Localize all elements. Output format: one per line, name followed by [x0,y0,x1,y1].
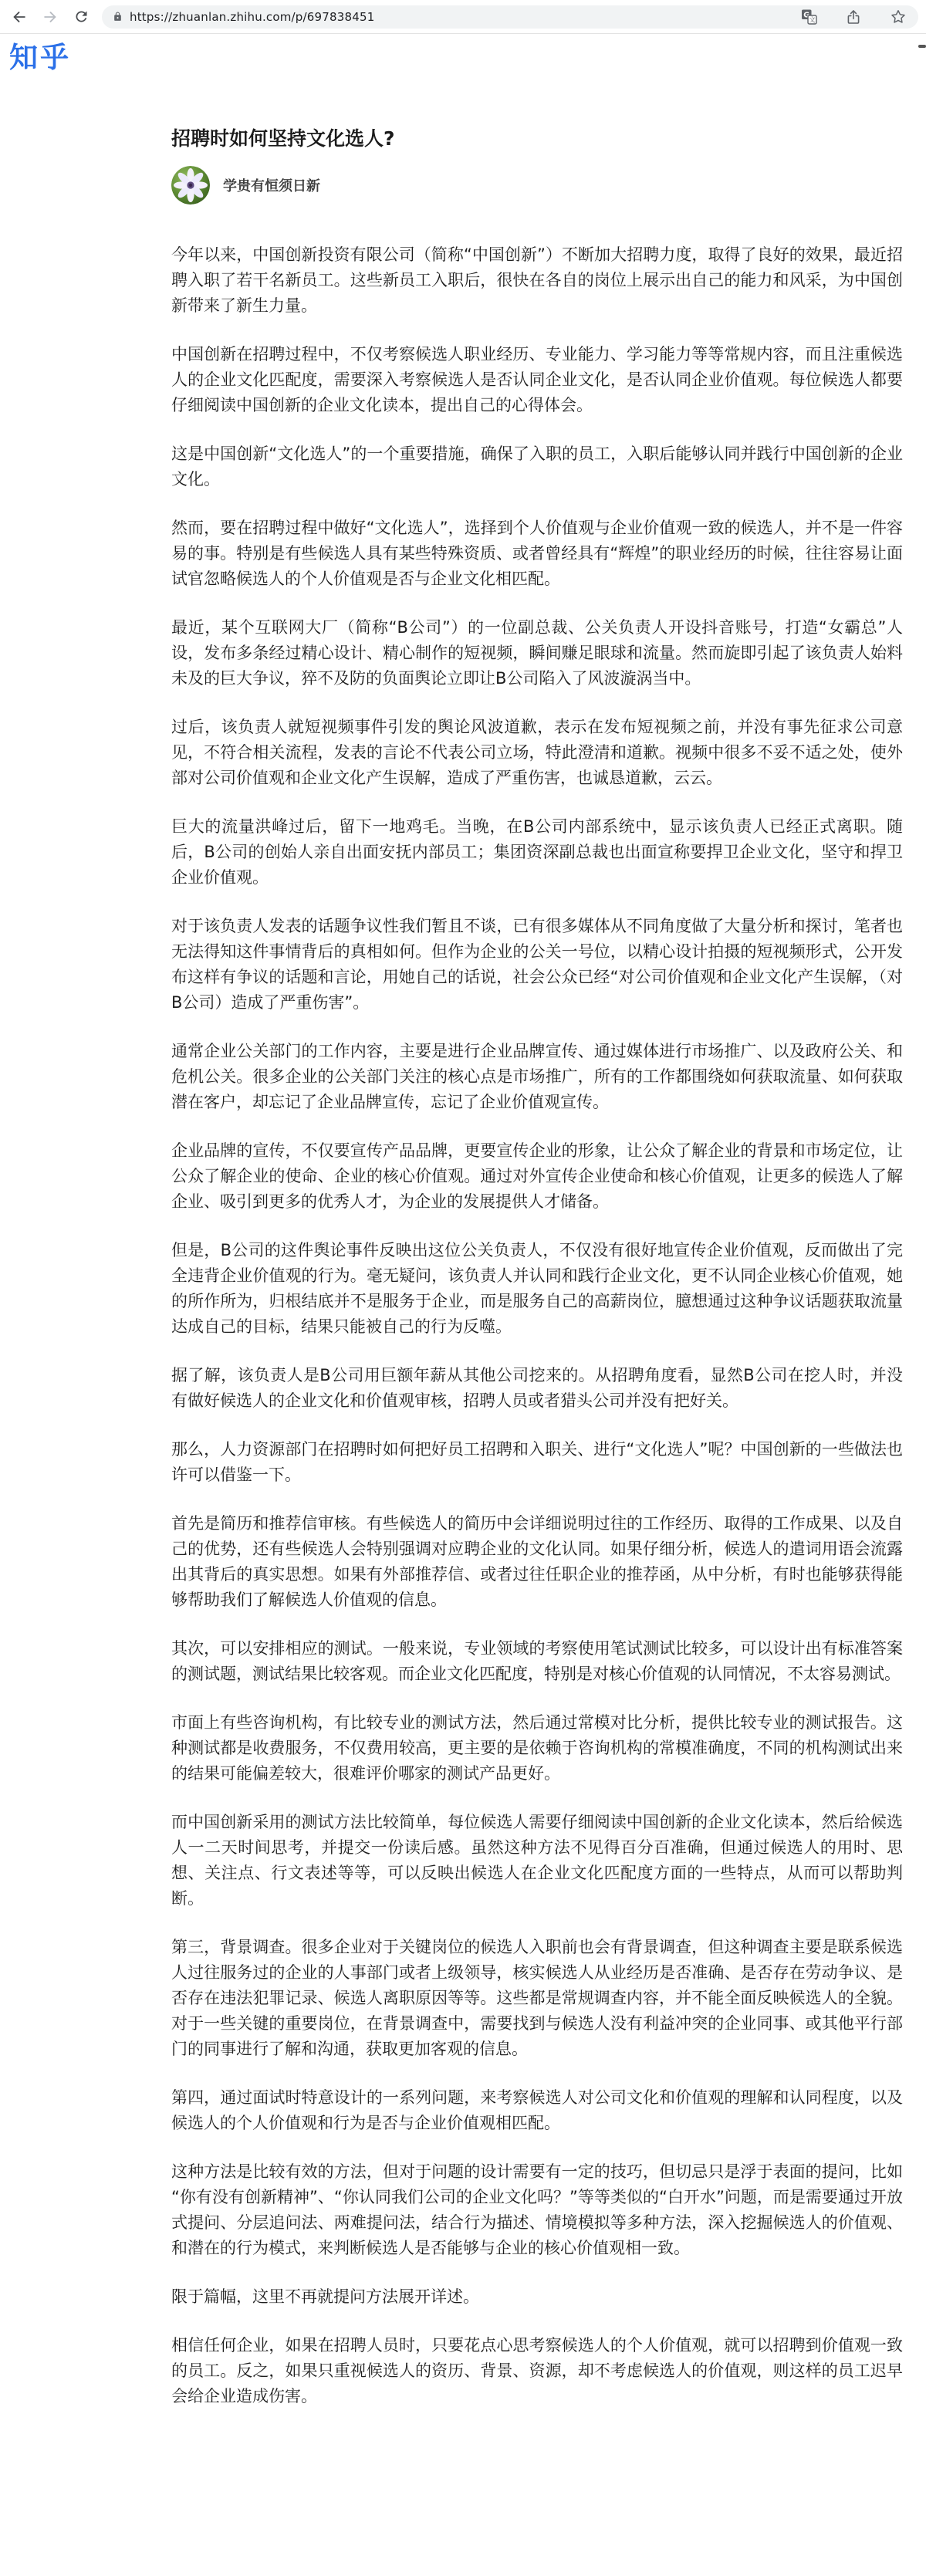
page-content: 知乎 招聘时如何坚持文化选人? [0,34,926,2409]
reload-button[interactable] [68,4,94,30]
zhihu-logo[interactable]: 知乎 [9,43,71,72]
article-paragraph: 今年以来，中国创新投资有限公司（简称“中国创新”）不断加大招聘力度，取得了良好的… [171,242,903,319]
article-paragraph: 通常企业公关部门的工作内容，主要是进行企业品牌宣传、通过媒体进行市场推广、以及政… [171,1039,903,1115]
article-paragraph: 然而，要在招聘过程中做好“文化选人”，选择到个人价值观与企业价值观一致的候选人，… [171,516,903,592]
avatar[interactable] [171,166,210,205]
browser-toolbar: https://zhuanlan.zhihu.com/p/697838451 G… [0,0,926,34]
translate-icon: G 文 [801,8,817,25]
article-paragraph: 市面上有些咨询机构，有比较专业的测试方法，然后通过常模对比分析，提供比较专业的测… [171,1710,903,1787]
back-button[interactable] [6,4,32,30]
star-outline-icon [891,9,906,25]
author-row: 学贵有恒须日新 [171,166,903,205]
svg-text:文: 文 [809,16,816,25]
bookmark-button[interactable] [889,8,907,26]
share-button[interactable] [844,8,863,26]
article-paragraph: 首先是简历和推荐信审核。有些候选人的简历中会详细说明过往的工作经历、取得的工作成… [171,1511,903,1613]
article-paragraph: 巨大的流量洪峰过后，留下一地鸡毛。当晚，在B公司内部系统中，显示该负责人已经正式… [171,814,903,891]
article-paragraph: 那么，人力资源部门在招聘时如何把好员工招聘和入职关、进行“文化选人”呢？中国创新… [171,1437,903,1488]
article-paragraph: 相信任何企业，如果在招聘人员时，只要花点心思考察候选人的个人价值观，就可以招聘到… [171,2333,903,2409]
article-paragraph: 而中国创新采用的测试方法比较简单，每位候选人需要仔细阅读中国创新的企业文化读本，… [171,1810,903,1912]
article-paragraph: 过后，该负责人就短视频事件引发的舆论风波道歉，表示在发布短视频之前，并没有事先征… [171,715,903,791]
article-paragraph: 但是，B公司的这件舆论事件反映出这位公关负责人，不仅没有很好地宣传企业价值观，反… [171,1238,903,1340]
article: 招聘时如何坚持文化选人? [171,34,903,2409]
article-paragraph: 第三，背景调查。很多企业对于关键岗位的候选人入职前也会有背景调查，但这种调查主要… [171,1935,903,2062]
flower-avatar-image [171,166,210,205]
padlock-icon [113,11,123,22]
reload-icon [73,8,90,25]
article-paragraph: 第四，通过面试时特意设计的一系列问题，来考察候选人对公司文化和价值观的理解和认同… [171,2085,903,2136]
url-text: https://zhuanlan.zhihu.com/p/697838451 [130,10,374,24]
address-bar[interactable]: https://zhuanlan.zhihu.com/p/697838451 G… [102,5,918,29]
article-paragraph: 对于该负责人发表的话题争议性我们暂且不谈，已有很多媒体从不同角度做了大量分析和探… [171,914,903,1016]
translate-button[interactable]: G 文 [799,8,818,26]
article-paragraph: 据了解，该负责人是B公司用巨额年薪从其他公司挖来的。从招聘角度看，显然B公司在挖… [171,1363,903,1414]
page-title: 招聘时如何坚持文化选人? [171,125,903,153]
forward-button[interactable] [37,4,63,30]
article-paragraph: 这种方法是比较有效的方法，但对于问题的设计需要有一定的技巧，但切忌只是浮于表面的… [171,2159,903,2261]
article-paragraph: 中国创新在招聘过程中，不仅考察候选人职业经历、专业能力、学习能力等等常规内容，而… [171,342,903,418]
share-icon [846,9,861,25]
scrollbar-thumb[interactable] [918,45,926,48]
article-paragraph: 这是中国创新“文化选人”的一个重要措施，确保了入职的员工，入职后能够认同并践行中… [171,441,903,492]
article-body: 今年以来，中国创新投资有限公司（简称“中国创新”）不断加大招聘力度，取得了良好的… [171,242,903,2409]
article-paragraph: 限于篇幅，这里不再就提问方法展开详述。 [171,2284,903,2310]
author-name[interactable]: 学贵有恒须日新 [223,175,320,195]
forward-arrow-icon [42,8,59,25]
back-arrow-icon [11,8,28,25]
article-paragraph: 最近，某个互联网大厂（简称“B公司”）的一位副总裁、公关负责人开设抖音账号，打造… [171,615,903,691]
article-paragraph: 其次，可以安排相应的测试。一般来说，专业领域的考察使用笔试测试比较多，可以设计出… [171,1636,903,1687]
article-paragraph: 企业品牌的宣传，不仅要宣传产品品牌，更要宣传企业的形象，让公众了解企业的背景和市… [171,1138,903,1215]
